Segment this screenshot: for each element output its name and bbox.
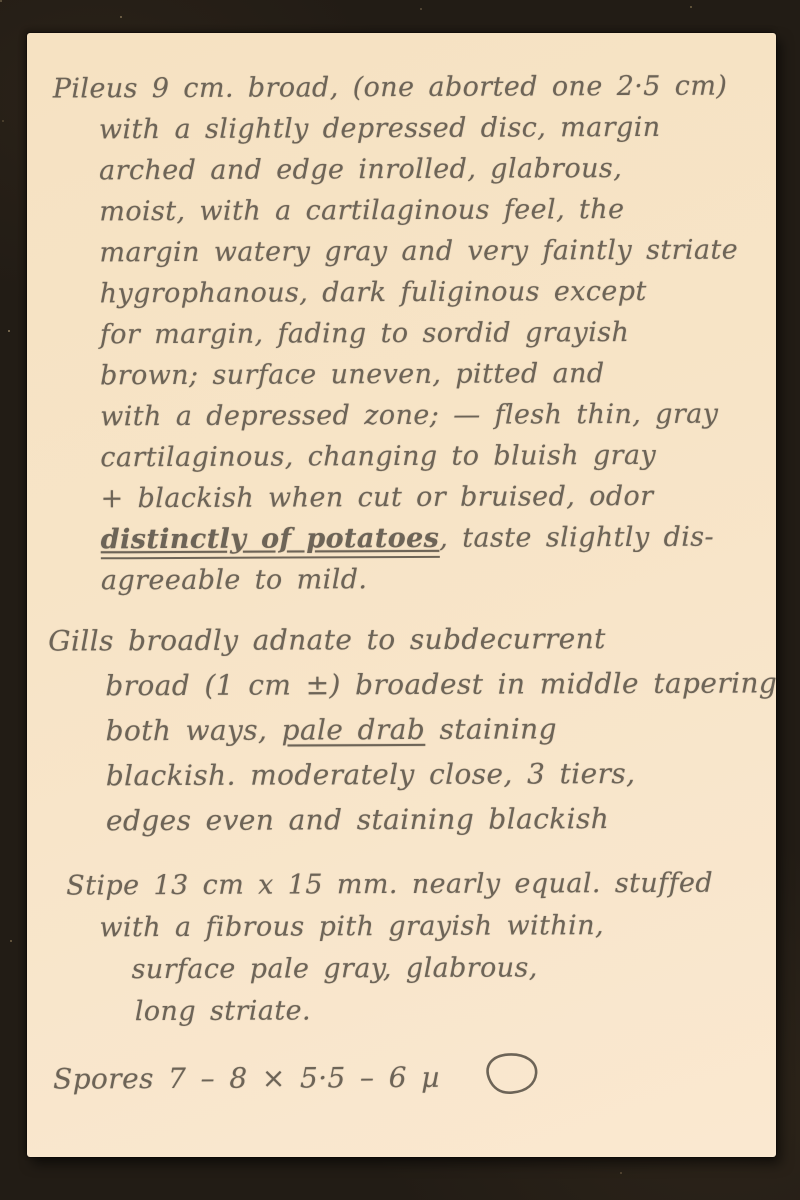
felt-texture	[0, 0, 2, 2]
line-text: brown; surface uneven, pitted and	[100, 358, 605, 391]
handwritten-line: hygrophanous, dark fuliginous except	[100, 270, 765, 314]
line-text: hygrophanous, dark fuliginous except	[100, 276, 647, 309]
line-text: long striate.	[135, 995, 311, 1027]
handwritten-line: + blackish when cut or bruised, odor	[100, 475, 765, 519]
paragraph-stipe: Stipe 13 cm x 15 mm. nearly equal. stuff…	[66, 862, 768, 1033]
line-text: Stipe 13 cm x 15 mm. nearly equal. stuff…	[66, 868, 713, 902]
line-text: , taste slightly dis-	[439, 522, 714, 554]
handwritten-line: both ways, pale drab staining	[105, 705, 766, 753]
line-text: for margin, fading to sordid grayish	[100, 317, 630, 350]
line-text: edges even and staining blackish	[106, 802, 609, 837]
line-text: cartilaginous, changing to bluish gray	[100, 440, 656, 473]
handwritten-note: Pileus 9 cm. broad, (one aborted one 2·5…	[25, 31, 779, 1158]
line-text: Spores 7 – 8 × 5·5 – 6 µ	[53, 1061, 440, 1096]
line-text: Pileus 9 cm. broad, (one aborted one 2·5…	[53, 71, 728, 105]
note-card: Pileus 9 cm. broad, (one aborted one 2·5…	[27, 33, 776, 1157]
underlined-phrase: pale drab	[282, 713, 426, 747]
line-text: + blackish when cut or bruised, odor	[101, 481, 654, 514]
handwritten-line: broad (1 cm ±) broadest in middle taperi…	[105, 660, 766, 708]
handwritten-line: Stipe 13 cm x 15 mm. nearly equal. stuff…	[66, 862, 767, 907]
handwritten-line: brown; surface uneven, pitted and	[100, 352, 765, 396]
line-text: moist, with a cartilaginous feel, the	[99, 194, 624, 227]
handwritten-line: with a depressed zone; — flesh thin, gra…	[100, 393, 765, 437]
line-text: broad (1 cm ±) broadest in middle taperi…	[105, 666, 777, 702]
underlined-phrase: distinctly of potatoes	[101, 523, 440, 559]
handwritten-line: with a slightly depressed disc, margin	[99, 106, 764, 150]
line-text: arched and edge inrolled, glabrous,	[99, 153, 622, 186]
handwritten-line: surface pale gray, glabrous,	[132, 946, 768, 991]
handwritten-line: Pileus 9 cm. broad, (one aborted one 2·5…	[53, 65, 764, 109]
handwritten-line: Gills broadly adnate to subdecurrent	[48, 615, 766, 663]
spore-sketch-icon	[480, 1050, 542, 1098]
handwritten-line: margin watery gray and very faintly stri…	[99, 229, 764, 273]
handwritten-line: for margin, fading to sordid grayish	[100, 311, 765, 355]
paragraph-pileus: Pileus 9 cm. broad, (one aborted one 2·5…	[53, 65, 766, 601]
handwritten-line: cartilaginous, changing to bluish gray	[100, 434, 765, 478]
handwritten-line: with a fibrous pith grayish within,	[99, 904, 767, 949]
handwritten-line: distinctly of potatoes, taste slightly d…	[101, 516, 766, 560]
line-text: blackish. moderately close, 3 tiers,	[106, 757, 636, 792]
line-text: margin watery gray and very faintly stri…	[99, 235, 738, 269]
handwritten-line: Spores 7 – 8 × 5·5 – 6 µ	[53, 1056, 440, 1102]
handwritten-line: edges even and staining blackish	[106, 795, 767, 843]
line-text: surface pale gray, glabrous,	[132, 952, 538, 985]
handwritten-line: blackish. moderately close, 3 tiers,	[106, 750, 767, 798]
handwritten-line: moist, with a cartilaginous feel, the	[99, 188, 764, 232]
line-text: staining	[425, 712, 557, 746]
line-text: with a slightly depressed disc, margin	[99, 112, 661, 145]
paragraph-spores: Spores 7 – 8 × 5·5 – 6 µ	[53, 1054, 768, 1101]
handwritten-line: long striate.	[135, 988, 768, 1033]
handwritten-line: agreeable to mild.	[101, 557, 766, 601]
line-text: with a depressed zone; — flesh thin, gra…	[100, 399, 718, 433]
handwritten-line: arched and edge inrolled, glabrous,	[99, 147, 764, 191]
backdrop: Pileus 9 cm. broad, (one aborted one 2·5…	[0, 0, 800, 1200]
line-text: with a fibrous pith grayish within,	[99, 910, 604, 943]
line-text: agreeable to mild.	[101, 564, 368, 596]
line-text: Gills broadly adnate to subdecurrent	[48, 622, 606, 657]
line-text: both ways,	[106, 714, 282, 748]
paragraph-gills: Gills broadly adnate to subdecurrent bro…	[48, 615, 767, 843]
